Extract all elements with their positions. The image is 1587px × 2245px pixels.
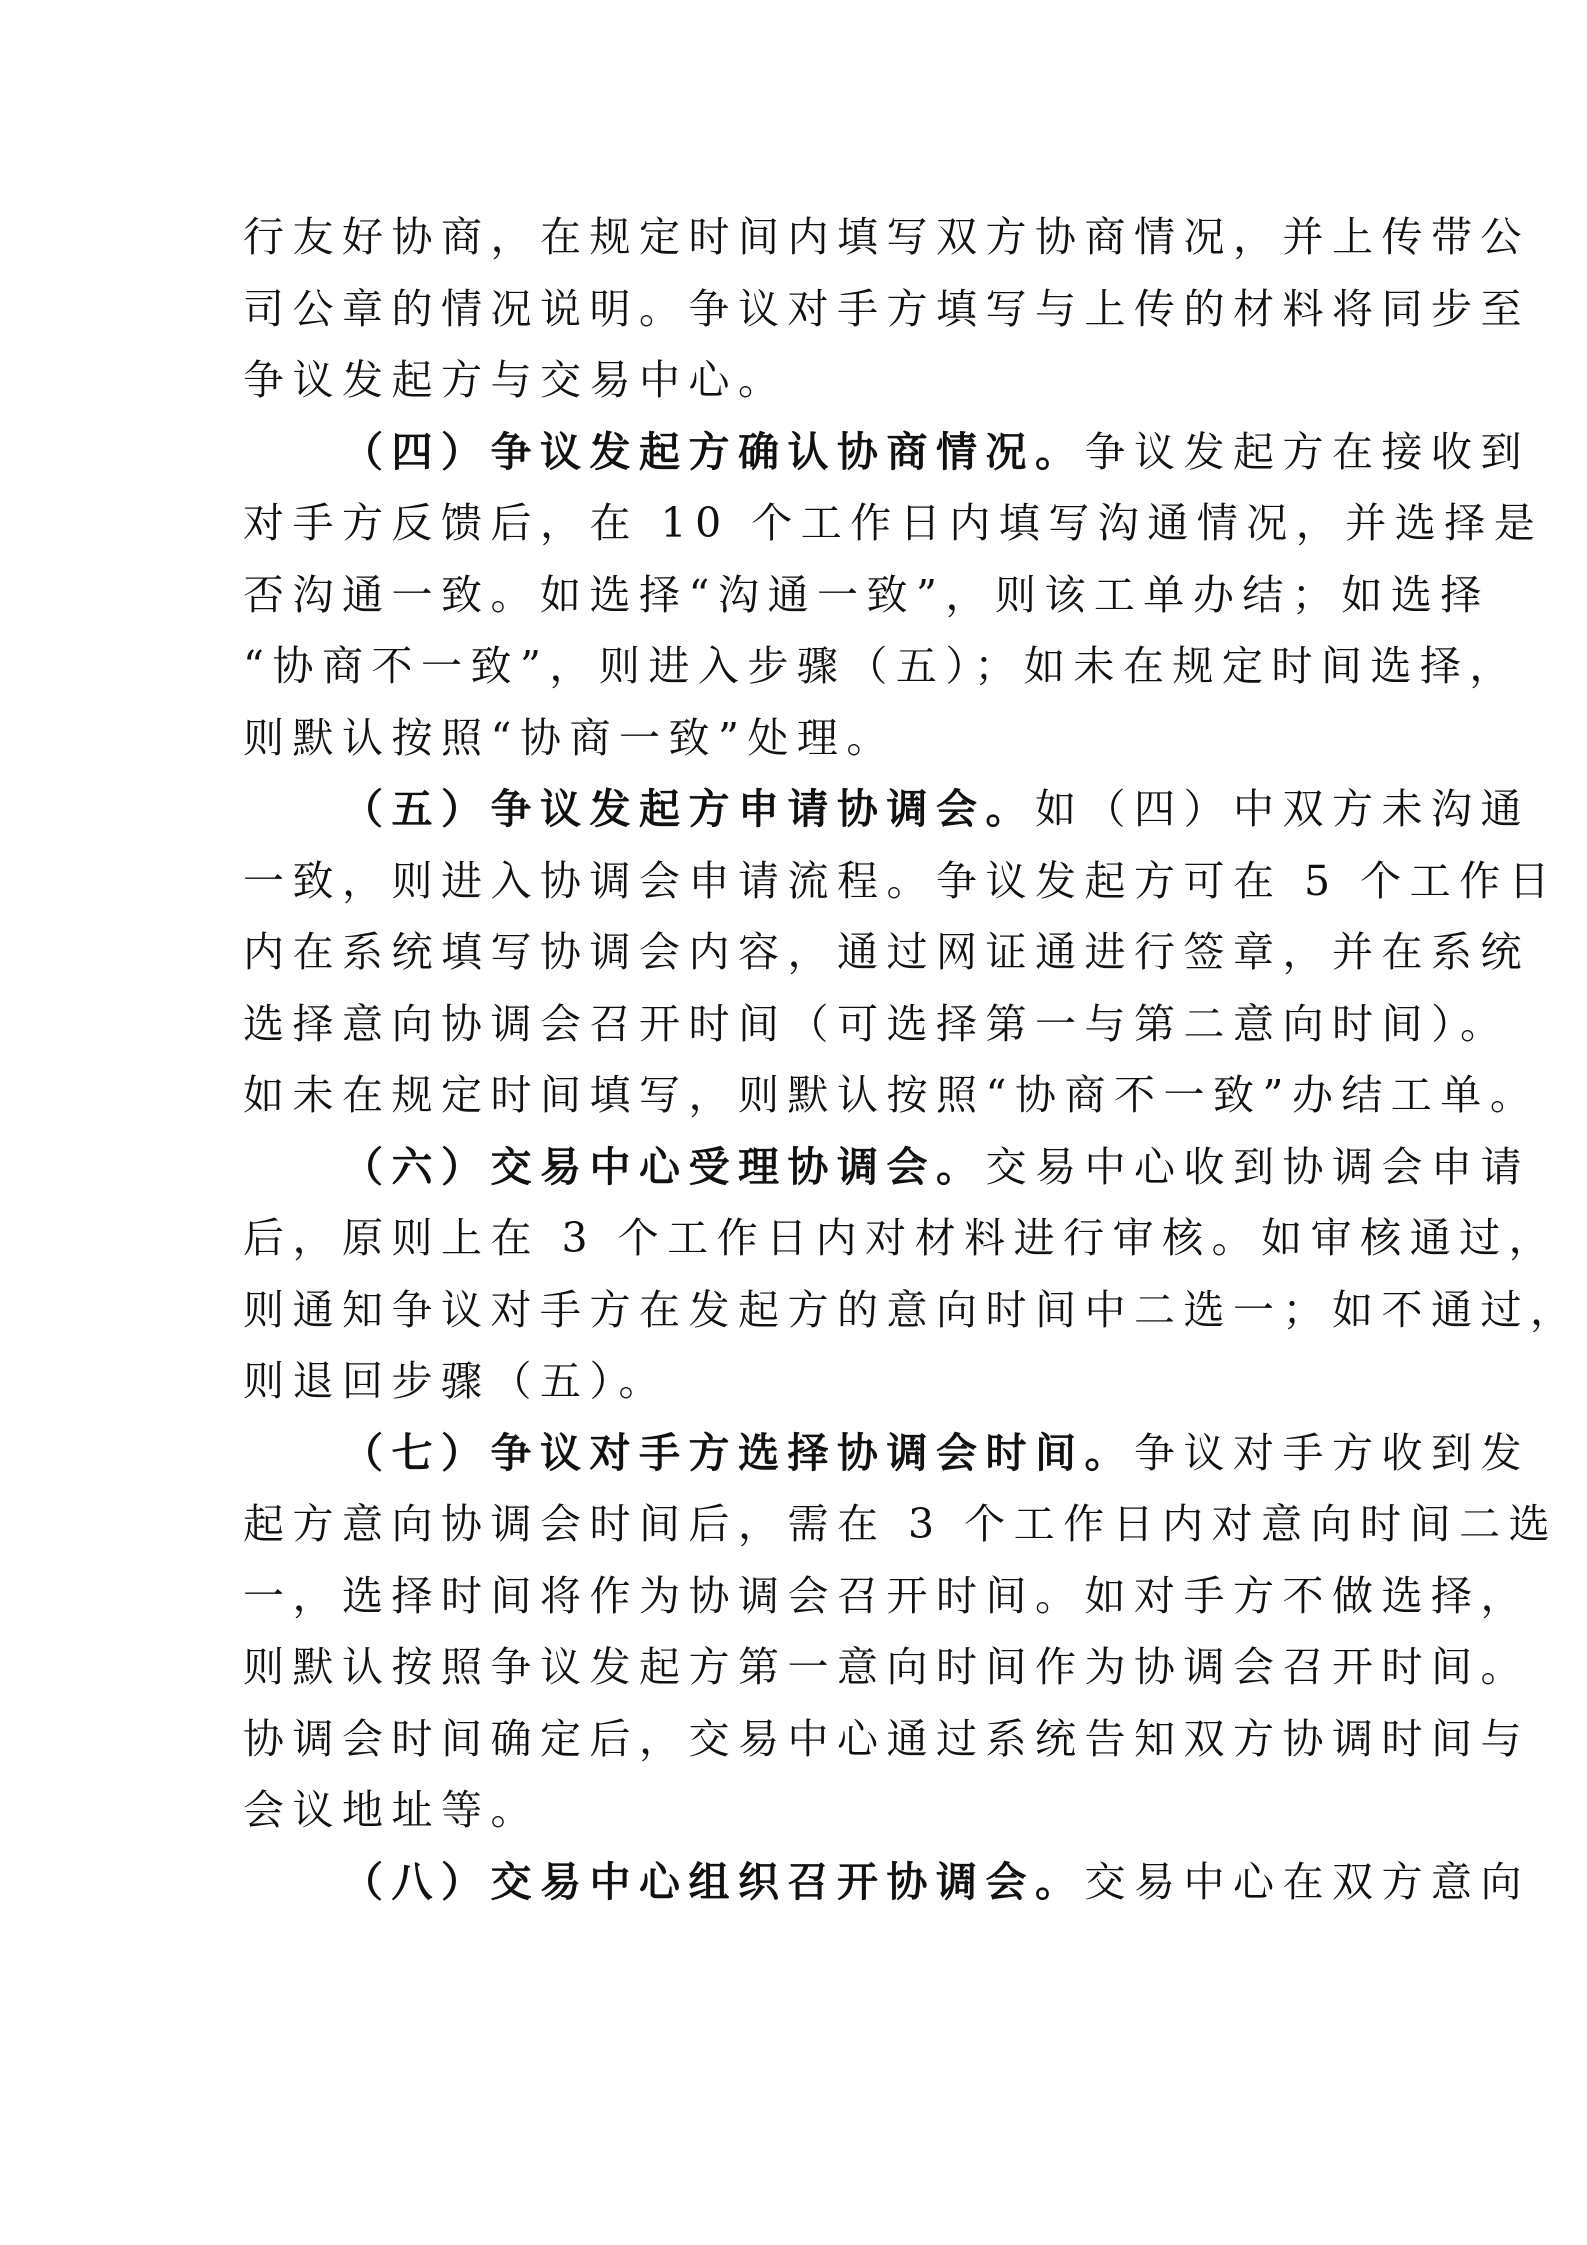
text-line: 司公章的情况说明。争议对手方填写与上传的材料将同步至	[243, 274, 1353, 346]
step-heading: （六）交易中心受理协调会。	[342, 1143, 986, 1191]
step-heading: （五）争议发起方申请协调会。	[342, 785, 1035, 833]
text-line: 会议地址等。	[243, 1775, 1353, 1847]
text-line: 争议发起方与交易中心。	[243, 345, 1353, 417]
text-run: 交易中心收到协调会申请	[986, 1143, 1531, 1191]
text-run: 交易中心在双方意向	[1085, 1858, 1531, 1906]
text-line: （五）争议发起方申请协调会。如（四）中双方未沟通	[243, 774, 1353, 846]
text-run: 争议发起方在接收到	[1085, 428, 1531, 476]
text-line: （七）争议对手方选择协调会时间。争议对手方收到发	[243, 1418, 1353, 1490]
text-line: 起方意向协调会时间后，需在 3 个工作日内对意向时间二选	[243, 1489, 1353, 1561]
paragraph-step-5: （五）争议发起方申请协调会。如（四）中双方未沟通 一致，则进入协调会申请流程。争…	[243, 774, 1353, 1132]
paragraph-step-8: （八）交易中心组织召开协调会。交易中心在双方意向	[243, 1847, 1353, 1919]
step-heading: （八）交易中心组织召开协调会。	[342, 1858, 1085, 1906]
text-line: 则通知争议对手方在发起方的意向时间中二选一；如不通过，	[243, 1275, 1353, 1347]
paragraph-continuation: 行友好协商，在规定时间内填写双方协商情况，并上传带公 司公章的情况说明。争议对手…	[243, 202, 1353, 417]
text-line: （四）争议发起方确认协商情况。争议发起方在接收到	[243, 417, 1353, 489]
text-line: “协商不一致”，则进入步骤（五）；如未在规定时间选择，	[243, 631, 1353, 703]
text-run: 争议对手方收到发	[1134, 1429, 1530, 1477]
text-run: 如（四）中双方未沟通	[1035, 785, 1530, 833]
step-heading: （七）争议对手方选择协调会时间。	[342, 1429, 1134, 1477]
text-line: （八）交易中心组织召开协调会。交易中心在双方意向	[243, 1847, 1353, 1919]
paragraph-step-6: （六）交易中心受理协调会。交易中心收到协调会申请 后，原则上在 3 个工作日内对…	[243, 1132, 1353, 1418]
text-line: （六）交易中心受理协调会。交易中心收到协调会申请	[243, 1132, 1353, 1204]
text-line: 协调会时间确定后，交易中心通过系统告知双方协调时间与	[243, 1704, 1353, 1776]
text-line: 行友好协商，在规定时间内填写双方协商情况，并上传带公	[243, 202, 1353, 274]
text-line: 一，选择时间将作为协调会召开时间。如对手方不做选择，	[243, 1561, 1353, 1633]
document-page: 行友好协商，在规定时间内填写双方协商情况，并上传带公 司公章的情况说明。争议对手…	[243, 202, 1353, 1918]
text-line: 否沟通一致。如选择“沟通一致”，则该工单办结；如选择	[243, 560, 1353, 632]
text-line: 后，原则上在 3 个工作日内对材料进行审核。如审核通过，	[243, 1203, 1353, 1275]
text-line: 内在系统填写协调会内容，通过网证通进行签章，并在系统	[243, 917, 1353, 989]
step-heading: （四）争议发起方确认协商情况。	[342, 428, 1085, 476]
text-line: 则默认按照争议发起方第一意向时间作为协调会召开时间。	[243, 1632, 1353, 1704]
paragraph-step-4: （四）争议发起方确认协商情况。争议发起方在接收到 对手方反馈后，在 10 个工作…	[243, 417, 1353, 775]
text-line: 对手方反馈后，在 10 个工作日内填写沟通情况，并选择是	[243, 488, 1353, 560]
text-line: 则退回步骤（五）。	[243, 1346, 1353, 1418]
text-line: 选择意向协调会召开时间（可选择第一与第二意向时间）。	[243, 989, 1353, 1061]
paragraph-step-7: （七）争议对手方选择协调会时间。争议对手方收到发 起方意向协调会时间后，需在 3…	[243, 1418, 1353, 1847]
text-line: 一致，则进入协调会申请流程。争议发起方可在 5 个工作日	[243, 846, 1353, 918]
text-line: 则默认按照“协商一致”处理。	[243, 703, 1353, 775]
text-line: 如未在规定时间填写，则默认按照“协商不一致”办结工单。	[243, 1060, 1353, 1132]
